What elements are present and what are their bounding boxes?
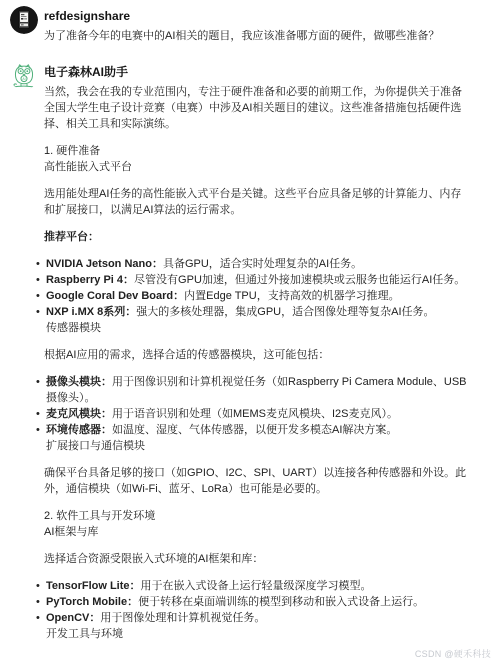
user-avatar[interactable] [10, 6, 38, 34]
list-item: TensorFlow Lite：用于在嵌入式设备上运行轻量级深度学习模型。 [35, 578, 472, 594]
list-item: 摄像头模块：用于图像识别和计算机视觉任务（如Raspberry Pi Camer… [35, 374, 472, 406]
platform-desc: 具备GPU，适合实时处理复杂的AI任务。 [163, 258, 362, 270]
platform-name: Raspberry Pi 4： [46, 274, 134, 286]
list-item: 环境传感器：如温度、湿度、气体传感器，以便开发多模态AI解决方案。 [35, 422, 472, 438]
list-item: 麦克风模块：用于语音识别和处理（如MEMS麦克风模块、I2S麦克风）。 [35, 406, 472, 422]
section2-title: 2. 软件工具与开发环境 [44, 508, 472, 524]
section1-title: 1. 硬件准备 [44, 143, 472, 159]
list-item: Google Coral Dev Board：内置Edge TPU，支持高效的机… [35, 288, 472, 304]
section-hardware-heading: 1. 硬件准备 高性能嵌入式平台 [44, 143, 472, 175]
framework-paragraph: 选择适合资源受限嵌入式环境的AI框架和库： [44, 551, 472, 567]
assistant-message-content: 电子森林AI助手 当然，我会在我的专业范围内，专注于硬件准备和必要的前期工作，为… [44, 62, 472, 642]
framework-name: OpenCV： [46, 612, 100, 624]
assistant-name: 电子森林AI助手 [44, 62, 472, 80]
list-item: NVIDIA Jetson Nano：具备GPU，适合实时处理复杂的AI任务。 [35, 256, 472, 272]
platform-list-block: NVIDIA Jetson Nano：具备GPU，适合实时处理复杂的AI任务。 … [44, 256, 472, 336]
recommend-platforms-label: 推荐平台： [44, 229, 472, 245]
framework-desc: 便于转移在桌面端训练的模型到移动和嵌入式设备上运行。 [138, 596, 424, 608]
framework-list-block: TensorFlow Lite：用于在嵌入式设备上运行轻量级深度学习模型。 Py… [44, 578, 472, 642]
list-item: PyTorch Mobile：便于转移在桌面端训练的模型到移动和嵌入式设备上运行… [35, 594, 472, 610]
section-software-heading: 2. 软件工具与开发环境 AI框架与库 [44, 508, 472, 540]
assistant-avatar[interactable]: AI [10, 62, 38, 90]
interface-paragraph: 确保平台具备足够的接口（如GPIO、I2C、SPI、UART）以连接各种传感器和… [44, 465, 472, 497]
section1-subtitle: 高性能嵌入式平台 [44, 159, 472, 175]
sensor-desc: 用于语音识别和处理（如MEMS麦克风模块、I2S麦克风）。 [112, 408, 398, 420]
platform-desc: 尽管没有GPU加速，但通过外接加速模块或云服务也能运行AI任务。 [134, 274, 465, 286]
list-item: OpenCV：用于图像处理和计算机视觉任务。 [35, 610, 472, 626]
csdn-watermark: CSDN @硬禾科技 [415, 647, 491, 660]
devtools-label: 开发工具与环境 [35, 626, 472, 642]
framework-desc: 用于图像处理和计算机视觉任务。 [100, 612, 265, 624]
interface-module-label: 扩展接口与通信模块 [35, 438, 472, 454]
sensor-list-block: 摄像头模块：用于图像识别和计算机视觉任务（如Raspberry Pi Camer… [44, 374, 472, 454]
platform-paragraph: 选用能处理AI任务的高性能嵌入式平台是关键。这些平台应具备足够的计算能力、内存和… [44, 186, 472, 218]
sensor-paragraph: 根据AI应用的需求，选择合适的传感器模块，这可能包括： [44, 347, 472, 363]
svg-text:AI: AI [22, 77, 25, 81]
user-question-text: 为了准备今年的电赛中的AI相关的题目，我应该准备哪方面的硬件，做哪些准备？ [44, 28, 472, 44]
owl-ai-icon: AI [10, 62, 38, 90]
framework-list: TensorFlow Lite：用于在嵌入式设备上运行轻量级深度学习模型。 Py… [35, 578, 472, 642]
answer-intro: 当然，我会在我的专业范围内，专注于硬件准备和必要的前期工作，为你提供关于准备全国… [44, 84, 472, 132]
section2-subtitle: AI框架与库 [44, 524, 472, 540]
sensor-name: 麦克风模块： [46, 408, 112, 420]
sensor-list: 摄像头模块：用于图像识别和计算机视觉任务（如Raspberry Pi Camer… [35, 374, 472, 454]
platform-name: NVIDIA Jetson Nano： [46, 258, 163, 270]
user-message: refdesignshare 为了准备今年的电赛中的AI相关的题目，我应该准备哪… [10, 6, 472, 44]
assistant-message: AI 电子森林AI助手 当然，我会在我的专业范围内，专注于硬件准备和必要的前期工… [10, 62, 472, 642]
sensor-desc: 如温度、湿度、气体传感器，以便开发多模态AI解决方案。 [112, 424, 397, 436]
sensor-name: 环境传感器： [46, 424, 112, 436]
user-name: refdesignshare [44, 6, 472, 24]
list-item: NXP i.MX 8系列：强大的多核处理器，集成GPU，适合图像处理等复杂AI任… [35, 304, 472, 320]
framework-desc: 用于在嵌入式设备上运行轻量级深度学习模型。 [141, 580, 372, 592]
user-message-content: refdesignshare 为了准备今年的电赛中的AI相关的题目，我应该准备哪… [44, 6, 472, 44]
chat-page: refdesignshare 为了准备今年的电赛中的AI相关的题目，我应该准备哪… [0, 0, 499, 642]
assistant-answer: 当然，我会在我的专业范围内，专注于硬件准备和必要的前期工作，为你提供关于准备全国… [44, 84, 472, 642]
platform-name: Google Coral Dev Board： [46, 290, 184, 302]
platform-list: NVIDIA Jetson Nano：具备GPU，适合实时处理复杂的AI任务。 … [35, 256, 472, 336]
sensor-module-label: 传感器模块 [35, 320, 472, 336]
list-item: Raspberry Pi 4：尽管没有GPU加速，但通过外接加速模块或云服务也能… [35, 272, 472, 288]
device-avatar-icon [10, 6, 38, 34]
framework-name: PyTorch Mobile： [46, 596, 138, 608]
sensor-name: 摄像头模块： [46, 376, 112, 388]
framework-name: TensorFlow Lite： [46, 580, 141, 592]
platform-name: NXP i.MX 8系列： [46, 306, 136, 318]
platform-desc: 强大的多核处理器，集成GPU，适合图像处理等复杂AI任务。 [136, 306, 434, 318]
platform-desc: 内置Edge TPU，支持高效的机器学习推理。 [184, 290, 400, 302]
